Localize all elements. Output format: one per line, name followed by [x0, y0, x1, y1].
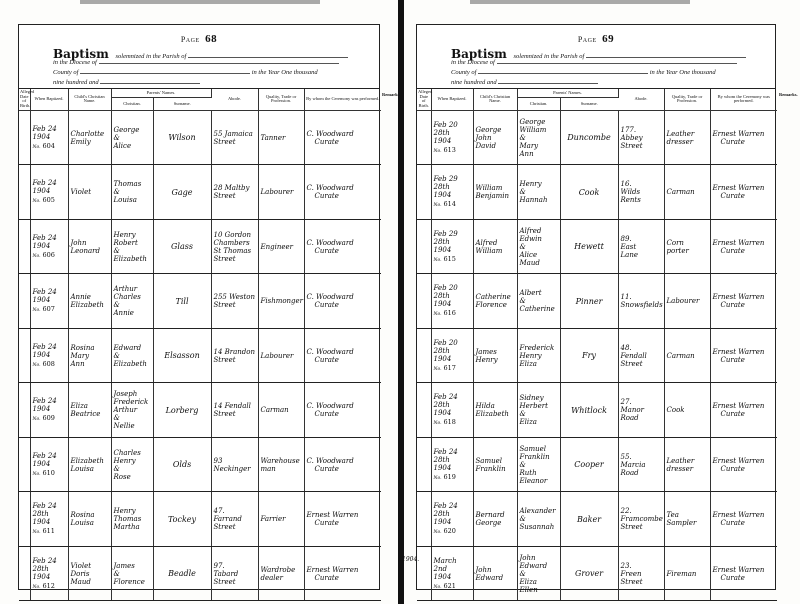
baptism-date-cell: Feb 20 28th 1904No.616: [431, 274, 473, 329]
abode-cell: 89. East Lane: [618, 219, 664, 274]
birth-date-cell: [417, 492, 431, 547]
officiant-cell: C. WoodwardCurate: [304, 274, 381, 329]
abode-cell: 14 Fendall Street: [211, 383, 258, 438]
entry-number: No.614: [434, 201, 471, 208]
parents-christian-cell: Alexander & Susannah: [517, 492, 560, 547]
entry-number: No.621: [434, 583, 471, 590]
quality-cell: Leather dresser: [664, 110, 710, 165]
scan-artifact: [470, 0, 690, 4]
entry-number: No.609: [33, 415, 66, 422]
quality-cell: Warehouse man: [258, 437, 304, 492]
year-line: nine hundred and: [451, 79, 598, 86]
abode-cell: 11. Snowsfields: [618, 274, 664, 329]
abode-cell: 14 Brandon Street: [211, 328, 258, 383]
entry-number: No.617: [434, 365, 471, 372]
officiant-cell: Ernest WarrenCurate: [710, 546, 777, 601]
birth-date-cell: [417, 437, 431, 492]
officiant-cell: Ernest WarrenCurate: [710, 110, 777, 165]
quality-cell: Farrier: [258, 492, 304, 547]
surname-cell: Gage: [153, 165, 211, 220]
register-entry: Feb 24 1904No.607Annie ElizabethArthur C…: [19, 274, 381, 329]
quality-cell: Carman: [664, 165, 710, 220]
birth-date-cell: [19, 274, 30, 329]
surname-cell: Olds: [153, 437, 211, 492]
officiant-cell: Ernest WarrenCurate: [710, 274, 777, 329]
surname-cell: Wilson: [153, 110, 211, 165]
entry-number: No.611: [33, 528, 66, 535]
surname-cell: Fry: [560, 328, 618, 383]
entry-number: No.604: [33, 143, 66, 150]
col-christian: Christian.: [517, 98, 560, 111]
parents-christian-cell: George William & Mary Ann: [517, 110, 560, 165]
col-remarks: Remarks.: [779, 92, 798, 97]
register-entry: Feb 24 28th 1904No.620Bernard GeorgeAlex…: [417, 492, 777, 547]
child-name-cell: William Benjamin: [473, 165, 517, 220]
parents-christian-cell: James & Florence: [111, 546, 153, 601]
parents-christian-cell: George & Alice: [111, 110, 153, 165]
parents-christian-cell: Edward & Elizabeth: [111, 328, 153, 383]
col-abode: Abode.: [211, 89, 258, 110]
abode-cell: 55. Marcia Road: [618, 437, 664, 492]
baptism-date-cell: Feb 24 28th 1904No.620: [431, 492, 473, 547]
child-name-cell: Elizabeth Louisa: [68, 437, 111, 492]
abode-cell: 28 Maltby Street: [211, 165, 258, 220]
officiant-cell: C. WoodwardCurate: [304, 328, 381, 383]
col-abode: Abode.: [618, 89, 664, 110]
birth-date-cell: [417, 328, 431, 383]
baptism-date-cell: Feb 24 28th 1904No.619: [431, 437, 473, 492]
officiant-cell: Ernest WarrenCurate: [710, 437, 777, 492]
child-name-cell: Eliza Beatrice: [68, 383, 111, 438]
register-entry: Feb 24 28th 1904No.619Samuel FranklinSam…: [417, 437, 777, 492]
register-page-right: Page 69 Baptism solemnized in the Parish…: [416, 24, 776, 590]
entry-number: No.610: [33, 470, 66, 477]
diocese-line: in the Diocese of: [53, 59, 339, 66]
child-name-cell: Violet Doris Maud: [68, 546, 111, 601]
abode-cell: 48. Fendall Street: [618, 328, 664, 383]
surname-cell: Tockey: [153, 492, 211, 547]
baptism-date-cell: Feb 20 28th 1904No.613: [431, 110, 473, 165]
officiant-cell: Ernest WarrenCurate: [710, 165, 777, 220]
parents-christian-cell: Henry & Hannah: [517, 165, 560, 220]
register-entry: Feb 24 1904No.604Charlotte EmilyGeorge &…: [19, 110, 381, 165]
officiant-cell: C. WoodwardCurate: [304, 165, 381, 220]
surname-cell: Grover: [560, 546, 618, 601]
quality-cell: Cook: [664, 383, 710, 438]
surname-cell: Cook: [560, 165, 618, 220]
abode-cell: 23. Freen Street: [618, 546, 664, 601]
register-entry: Feb 24 28th 1904No.612Violet Doris MaudJ…: [19, 546, 381, 601]
quality-cell: Wardrobe dealer: [258, 546, 304, 601]
entry-number: No.616: [434, 310, 471, 317]
birth-date-cell: [19, 219, 30, 274]
child-name-cell: Alfred William: [473, 219, 517, 274]
parents-christian-cell: Henry Robert & Elizabeth: [111, 219, 153, 274]
register-entry: Feb 20 28th 1904No.617James HenryFrederi…: [417, 328, 777, 383]
col-when: When Baptized.: [431, 89, 473, 110]
register-entry: Feb 24 1904No.609Eliza BeatriceJoseph Fr…: [19, 383, 381, 438]
birth-date-cell: [417, 110, 431, 165]
col-quality: Quality, Trade or Profession.: [664, 89, 710, 110]
surname-cell: Beadle: [153, 546, 211, 601]
register-page-left: Page 68 Baptism solemnized in the Parish…: [18, 24, 380, 590]
child-name-cell: Charlotte Emily: [68, 110, 111, 165]
parents-christian-cell: Arthur Charles & Annie: [111, 274, 153, 329]
baptism-date-cell: Feb 20 28th 1904No.617: [431, 328, 473, 383]
child-name-cell: James Henry: [473, 328, 517, 383]
quality-cell: Labourer: [664, 274, 710, 329]
baptism-date-cell: Feb 24 1904No.608: [30, 328, 68, 383]
parents-christian-cell: Alfred Edwin & Alice Maud: [517, 219, 560, 274]
baptism-date-cell: Feb 24 1904No.604: [30, 110, 68, 165]
entry-number: No.607: [33, 306, 66, 313]
abode-cell: 97. Tabard Street: [211, 546, 258, 601]
col-surname: Surname.: [560, 98, 618, 111]
quality-cell: Fireman: [664, 546, 710, 601]
surname-cell: Lorberg: [153, 383, 211, 438]
officiant-cell: C. WoodwardCurate: [304, 383, 381, 438]
baptism-register-table: Alleged Date of Birth. When Baptized. Ch…: [417, 89, 777, 601]
col-officiant: By whom the Ceremony was performed.: [304, 89, 381, 110]
abode-cell: 22. Framcombe Street: [618, 492, 664, 547]
col-birth: Alleged Date of Birth.: [19, 89, 30, 110]
child-name-cell: George John David: [473, 110, 517, 165]
quality-cell: Tanner: [258, 110, 304, 165]
abode-cell: 16. Wilds Rents: [618, 165, 664, 220]
baptism-date-cell: Feb 24 1904No.609: [30, 383, 68, 438]
quality-cell: Carman: [664, 328, 710, 383]
parents-christian-cell: Albert & Catherine: [517, 274, 560, 329]
register-entry: March 2nd 1904No.621John EdwardJohn Edwa…: [417, 546, 777, 601]
surname-cell: Whitlock: [560, 383, 618, 438]
officiant-cell: C. WoodwardCurate: [304, 219, 381, 274]
officiant-cell: Ernest WarrenCurate: [304, 546, 381, 601]
col-when: When Baptized.: [30, 89, 68, 110]
baptism-date-cell: Feb 29 28th 1904No.615: [431, 219, 473, 274]
register-entry: Feb 24 1904No.610Elizabeth LouisaCharles…: [19, 437, 381, 492]
baptism-date-cell: Feb 24 28th 1904No.611: [30, 492, 68, 547]
entry-number: No.620: [434, 528, 471, 535]
surname-cell: Till: [153, 274, 211, 329]
abode-cell: 55 Jamaica Street: [211, 110, 258, 165]
register-entry: Feb 24 1904No.608Rosina Mary AnnEdward &…: [19, 328, 381, 383]
page-number: Page 69: [417, 33, 775, 45]
parents-christian-cell: Sidney Herbert & Eliza: [517, 383, 560, 438]
child-name-cell: John Edward: [473, 546, 517, 601]
surname-cell: Duncombe: [560, 110, 618, 165]
entry-number: No.613: [434, 147, 471, 154]
col-remarks: Remarks.: [382, 92, 401, 97]
birth-date-cell: [417, 165, 431, 220]
margin-note: 1904.: [402, 556, 419, 563]
quality-cell: Carman: [258, 383, 304, 438]
birth-date-cell: [19, 437, 30, 492]
book-binding: [398, 0, 404, 604]
page-number: Page 68: [19, 33, 379, 45]
register-entry: Feb 24 1904No.606John LeonardHenry Rober…: [19, 219, 381, 274]
scan-artifact: [80, 0, 320, 4]
surname-cell: Hewett: [560, 219, 618, 274]
birth-date-cell: [19, 383, 30, 438]
parents-christian-cell: Thomas & Louisa: [111, 165, 153, 220]
child-name-cell: Samuel Franklin: [473, 437, 517, 492]
child-name-cell: Catherine Florence: [473, 274, 517, 329]
diocese-line: in the Diocese of: [451, 59, 737, 66]
county-line: County of in the Year One thousand: [451, 69, 716, 76]
abode-cell: 255 Weston Street: [211, 274, 258, 329]
parents-christian-cell: John Edward & Eliza Ellen: [517, 546, 560, 601]
col-child: Child's Christian Name.: [68, 89, 111, 110]
child-name-cell: Hilda Elizabeth: [473, 383, 517, 438]
col-child: Child's Christian Name.: [473, 89, 517, 110]
abode-cell: 10 Gordon Chambers St Thomas Street: [211, 219, 258, 274]
officiant-cell: C. WoodwardCurate: [304, 110, 381, 165]
baptism-date-cell: Feb 24 1904No.610: [30, 437, 68, 492]
baptism-date-cell: Feb 24 28th 1904No.612: [30, 546, 68, 601]
baptism-date-cell: Feb 24 1904No.605: [30, 165, 68, 220]
entry-number: No.605: [33, 197, 66, 204]
county-line: County of in the Year One thousand: [53, 69, 318, 76]
register-entry: Feb 20 28th 1904No.616Catherine Florence…: [417, 274, 777, 329]
entry-number: No.608: [33, 361, 66, 368]
birth-date-cell: [19, 546, 30, 601]
col-birth: Alleged Date of Birth.: [417, 89, 431, 110]
quality-cell: Engineer: [258, 219, 304, 274]
entry-number: No.612: [33, 583, 66, 590]
birth-date-cell: [417, 219, 431, 274]
entry-number: No.618: [434, 419, 471, 426]
year-line: nine hundred and: [53, 79, 200, 86]
officiant-cell: Ernest WarrenCurate: [304, 492, 381, 547]
baptism-date-cell: Feb 24 1904No.606: [30, 219, 68, 274]
register-entry: Feb 29 28th 1904No.615Alfred WilliamAlfr…: [417, 219, 777, 274]
birth-date-cell: [417, 546, 431, 601]
surname-cell: Pinner: [560, 274, 618, 329]
quality-cell: Corn porter: [664, 219, 710, 274]
officiant-cell: Ernest WarrenCurate: [710, 383, 777, 438]
baptism-date-cell: Feb 24 1904No.607: [30, 274, 68, 329]
birth-date-cell: [417, 274, 431, 329]
parents-christian-cell: Henry Thomas Martha: [111, 492, 153, 547]
birth-date-cell: [19, 110, 30, 165]
baptism-date-cell: March 2nd 1904No.621: [431, 546, 473, 601]
col-christian: Christian.: [111, 98, 153, 111]
register-entry: Feb 29 28th 1904No.614William BenjaminHe…: [417, 165, 777, 220]
register-entry: Feb 20 28th 1904No.613George John DavidG…: [417, 110, 777, 165]
child-name-cell: Rosina Louisa: [68, 492, 111, 547]
child-name-cell: Annie Elizabeth: [68, 274, 111, 329]
entry-number: No.615: [434, 256, 471, 263]
parents-christian-cell: Samuel Franklin & Ruth Eleanor: [517, 437, 560, 492]
child-name-cell: Violet: [68, 165, 111, 220]
entry-number: No.619: [434, 474, 471, 481]
surname-cell: Glass: [153, 219, 211, 274]
quality-cell: Labourer: [258, 328, 304, 383]
abode-cell: 177. Abbey Street: [618, 110, 664, 165]
register-entry: Feb 24 1904No.605VioletThomas & LouisaGa…: [19, 165, 381, 220]
child-name-cell: Rosina Mary Ann: [68, 328, 111, 383]
col-parents: Parents' Names.: [517, 89, 618, 98]
page-header: Page 69 Baptism solemnized in the Parish…: [417, 25, 775, 89]
parents-christian-cell: Charles Henry & Rose: [111, 437, 153, 492]
page-header: Page 68 Baptism solemnized in the Parish…: [19, 25, 379, 89]
register-spread: Page 68 Baptism solemnized in the Parish…: [0, 0, 800, 604]
abode-cell: 27. Manor Road: [618, 383, 664, 438]
col-parents: Parents' Names.: [111, 89, 211, 98]
quality-cell: Fishmonger: [258, 274, 304, 329]
register-entry: Feb 24 28th 1904No.611Rosina LouisaHenry…: [19, 492, 381, 547]
entry-number: No.606: [33, 252, 66, 259]
quality-cell: Leather dresser: [664, 437, 710, 492]
surname-cell: Baker: [560, 492, 618, 547]
birth-date-cell: [19, 328, 30, 383]
officiant-cell: Ernest WarrenCurate: [710, 328, 777, 383]
baptism-date-cell: Feb 24 28th 1904No.618: [431, 383, 473, 438]
abode-cell: 47. Farrand Street: [211, 492, 258, 547]
quality-cell: Labourer: [258, 165, 304, 220]
officiant-cell: Ernest WarrenCurate: [710, 492, 777, 547]
surname-cell: Elsasson: [153, 328, 211, 383]
parents-christian-cell: Frederick Henry Eliza: [517, 328, 560, 383]
parents-christian-cell: Joseph Frederick Arthur & Nellie: [111, 383, 153, 438]
officiant-cell: Ernest WarrenCurate: [710, 219, 777, 274]
birth-date-cell: [417, 383, 431, 438]
surname-cell: Cooper: [560, 437, 618, 492]
child-name-cell: John Leonard: [68, 219, 111, 274]
col-officiant: By whom the Ceremony was performed.: [710, 89, 777, 110]
abode-cell: 93 Neckinger: [211, 437, 258, 492]
register-entry: Feb 24 28th 1904No.618Hilda ElizabethSid…: [417, 383, 777, 438]
officiant-cell: C. WoodwardCurate: [304, 437, 381, 492]
birth-date-cell: [19, 165, 30, 220]
baptism-date-cell: Feb 29 28th 1904No.614: [431, 165, 473, 220]
baptism-register-table: Alleged Date of Birth. When Baptized. Ch…: [19, 89, 381, 601]
col-quality: Quality, Trade or Profession.: [258, 89, 304, 110]
birth-date-cell: [19, 492, 30, 547]
quality-cell: Tea Sampler: [664, 492, 710, 547]
child-name-cell: Bernard George: [473, 492, 517, 547]
col-surname: Surname.: [153, 98, 211, 111]
